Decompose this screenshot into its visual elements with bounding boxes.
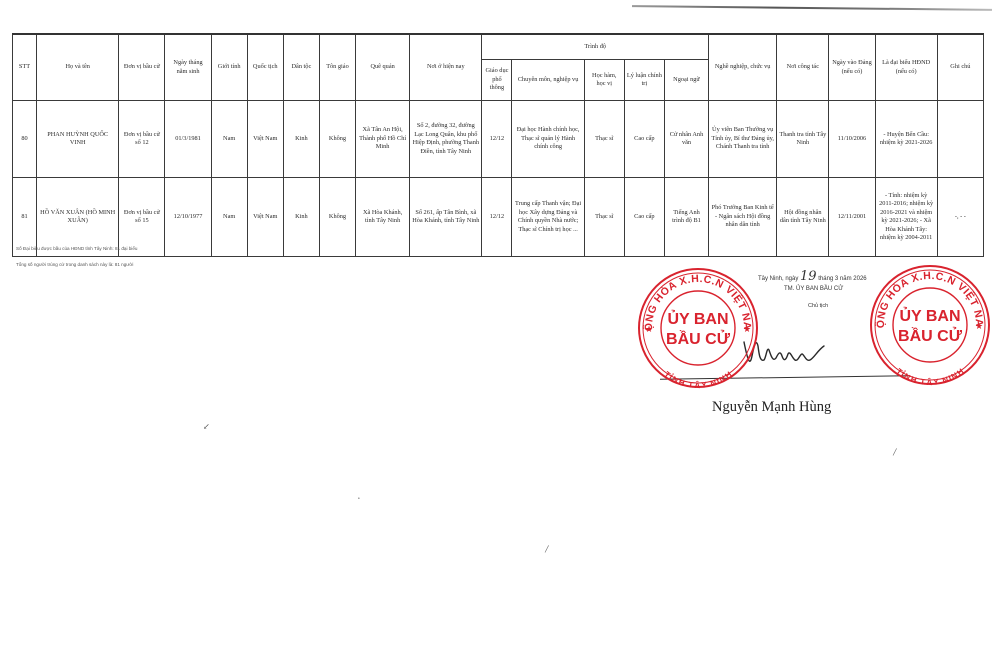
cell-hometown: Xã Hòa Khánh, tỉnh Tây Ninh [356, 178, 410, 257]
cell-party-date: 12/11/2001 [829, 178, 875, 257]
date-day: 19 [800, 269, 817, 284]
svg-text:★: ★ [743, 325, 751, 335]
cell-electoral-unit: Đơn vị bầu cử số 12 [119, 101, 165, 178]
header-workplace: Nơi công tác [777, 34, 829, 101]
cell-stt: 80 [13, 101, 37, 178]
candidate-table: STT Họ và tên Đơn vị bầu cử Ngày tháng n… [12, 33, 984, 257]
header-nationality: Quốc tịch [247, 34, 283, 101]
header-gender: Giới tính [211, 34, 247, 101]
cell-religion: Không [319, 101, 355, 178]
header-general-education: Giáo dục phổ thông [482, 60, 512, 101]
cell-academic-degree: Thạc sĩ [584, 101, 624, 178]
cell-full-name: PHAN HUỲNH QUỐC VINH [37, 101, 119, 178]
cell-council-delegate: - Huyện Bến Cầu: nhiệm kỳ 2021-2026 [875, 101, 937, 178]
header-foreign-language: Ngoại ngữ [664, 60, 708, 101]
cell-religion: Không [319, 178, 355, 257]
cell-foreign-language: Cử nhân Anh văn [664, 101, 708, 178]
cell-residence: Số 261, ấp Tân Bình, xã Hòa Khánh, tỉnh … [410, 178, 482, 257]
header-electoral-unit: Đơn vị bầu cử [119, 34, 165, 101]
cell-specialization: Trung cấp Thanh vận; Đại học Xây dựng Đả… [512, 178, 584, 257]
cell-occupation: Ủy viên Ban Thường vụ Tỉnh ủy, Bí thư Đả… [709, 101, 777, 178]
cell-ethnicity: Kinh [283, 101, 319, 178]
cell-council-delegate: - Tỉnh: nhiệm kỳ 2011-2016; nhiệm kỳ 201… [875, 178, 937, 257]
header-specialization: Chuyên môn, nghiệp vụ [512, 60, 584, 101]
cell-specialization: Đại học Hành chính học, Thạc sĩ quản lý … [512, 101, 584, 178]
cell-ethnicity: Kinh [283, 178, 319, 257]
svg-text:ỦY BAN: ỦY BAN [899, 306, 960, 325]
signature-role: Chủ tịch [808, 303, 828, 309]
header-residence: Nơi ở hiện nay [410, 34, 482, 101]
scan-speck: ╱ [545, 546, 549, 553]
header-notes: Ghi chú [937, 34, 983, 101]
cell-general-education: 12/12 [482, 101, 512, 178]
scan-speck: • [358, 497, 360, 502]
svg-text:BẦU CỬ: BẦU CỬ [666, 329, 731, 348]
svg-text:★: ★ [645, 325, 653, 335]
header-education-group: Trình độ [482, 34, 709, 60]
cell-residence: Số 2, đường 32, đường Lạc Long Quân, khu… [410, 101, 482, 178]
cell-nationality: Việt Nam [247, 101, 283, 178]
scan-speck: ╱ [893, 449, 897, 456]
header-occupation: Nghề nghiệp, chức vụ [709, 34, 777, 101]
table-row: 81 HỒ VĂN XUÂN (HỒ MINH XUÂN) Đơn vị bầu… [13, 178, 984, 257]
header-full-name: Họ và tên [37, 34, 119, 101]
cell-birth-date: 12/10/1977 [165, 178, 211, 257]
cell-stt: 81 [13, 178, 37, 257]
svg-text:BẦU CỬ: BẦU CỬ [898, 326, 963, 345]
note-delegate-count: Số Đại biểu được bầu của HĐND tỉnh Tây N… [16, 246, 137, 251]
header-stt: STT [13, 34, 37, 101]
header-academic-degree: Học hàm, học vị [584, 60, 624, 101]
date-suffix: tháng 3 năm 2026 [818, 276, 866, 282]
svg-text:TỈNH TÂY NINH: TỈNH TÂY NINH [662, 370, 733, 390]
cell-notes [937, 101, 983, 178]
cell-occupation: Phó Trưởng Ban Kinh tế - Ngân sách Hội đ… [709, 178, 777, 257]
scan-artifact-line [632, 5, 992, 11]
cell-party-date: 11/10/2006 [829, 101, 875, 178]
header-ethnicity: Dân tộc [283, 34, 319, 101]
cell-academic-degree: Thạc sĩ [584, 178, 624, 257]
header-religion: Tôn giáo [319, 34, 355, 101]
svg-text:ỦY BAN: ỦY BAN [667, 309, 728, 328]
scan-speck: ↙ [203, 422, 210, 431]
signature-organization: TM. ỦY BAN BẦU CỬ [784, 286, 843, 292]
cell-birth-date: 01/3/1981 [165, 101, 211, 178]
cell-workplace: Thanh tra tỉnh Tây Ninh [777, 101, 829, 178]
svg-text:★: ★ [975, 322, 983, 332]
signature-date: Tây Ninh, ngày 19 tháng 3 năm 2026 [758, 269, 867, 284]
header-party-date: Ngày vào Đảng (nếu có) [829, 34, 875, 101]
official-seal-partial-icon: CỘNG HÒA X.H.C.N VIỆT NAM TỈNH TÂY NINH … [868, 262, 993, 388]
header-birth-date: Ngày tháng năm sinh [165, 34, 211, 101]
date-prefix: Tây Ninh, ngày [758, 276, 798, 282]
cell-notes: -, - - [937, 178, 983, 257]
cell-gender: Nam [211, 101, 247, 178]
header-hometown: Quê quán [356, 34, 410, 101]
cell-workplace: Hội đồng nhân dân tỉnh Tây Ninh [777, 178, 829, 257]
note-elected-total: Tổng số người trúng cử trong danh sách n… [16, 262, 133, 267]
signatory-name: Nguyễn Mạnh Hùng [712, 399, 831, 416]
cell-full-name: HỒ VĂN XUÂN (HỒ MINH XUÂN) [37, 178, 119, 257]
cell-nationality: Việt Nam [247, 178, 283, 257]
official-seal-icon: CỘNG HÒA X.H.C.N VIỆT NAM TỈNH TÂY NINH … [636, 266, 760, 390]
header-council-delegate: Là đại biểu HĐND (nếu có) [875, 34, 937, 101]
cell-electoral-unit: Đơn vị bầu cử số 15 [119, 178, 165, 257]
cell-political-theory: Cao cấp [624, 178, 664, 257]
header-political-theory: Lý luận chính trị [624, 60, 664, 101]
table-row: 80 PHAN HUỲNH QUỐC VINH Đơn vị bầu cử số… [13, 101, 984, 178]
cell-gender: Nam [211, 178, 247, 257]
cell-foreign-language: Tiếng Anh trình độ B1 [664, 178, 708, 257]
cell-general-education: 12/12 [482, 178, 512, 257]
cell-political-theory: Cao cấp [624, 101, 664, 178]
cell-hometown: Xã Tân An Hội, Thành phố Hồ Chí Minh [356, 101, 410, 178]
svg-text:TỈNH TÂY NINH: TỈNH TÂY NINH [894, 367, 965, 387]
